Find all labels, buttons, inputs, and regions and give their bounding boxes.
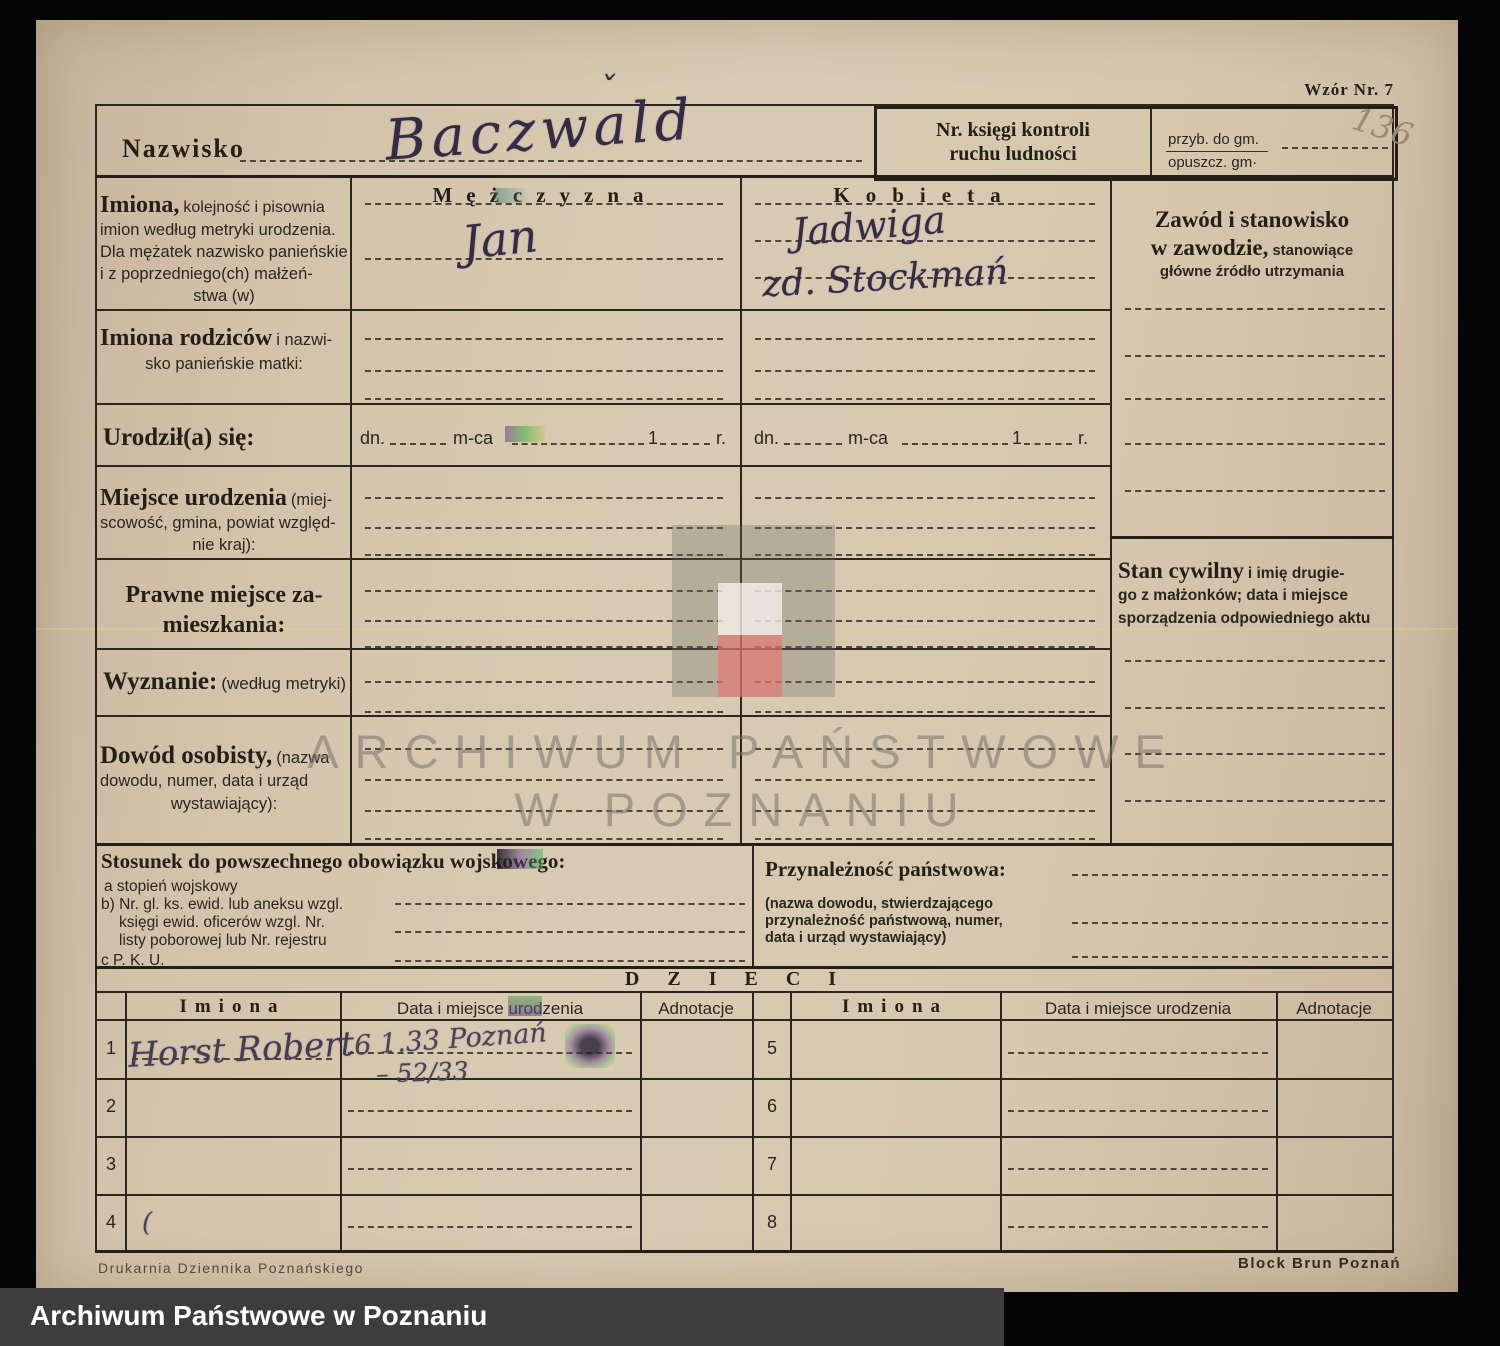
children-table-bottom <box>95 1250 1394 1253</box>
children-right-names-header: Imiona <box>790 996 1000 1018</box>
born-year-suffix-m: r. <box>716 428 726 449</box>
child-row-number: 2 <box>98 1096 124 1117</box>
religion-note: (według metryki) <box>221 674 346 693</box>
writing-line <box>1125 308 1385 310</box>
children-table-top <box>95 991 1394 993</box>
publisher-credit: Block Brun Poznań <box>1238 1255 1401 1272</box>
military-title: Stosunek do powszechnego obowiązku wojsk… <box>101 849 565 874</box>
children-vline <box>790 991 792 1250</box>
writing-line <box>365 838 723 840</box>
parents-names-label: Imiona rodziców <box>100 325 272 351</box>
occupation-label-block: Zawód i stanowisko w zawodzie, stanowiąc… <box>1120 205 1384 283</box>
writing-line <box>1125 443 1385 445</box>
grid-hline <box>95 558 1110 560</box>
grid-hline <box>95 715 1110 717</box>
surname-label: Nazwisko <box>122 134 245 164</box>
writing-line <box>365 681 723 683</box>
children-section-title: DZIECI <box>95 968 1394 991</box>
given-names-note3: Dla mężatek nazwisko panieńskie <box>100 241 348 263</box>
born-month-label-m: m-ca <box>453 428 493 449</box>
archive-name-caption: Archiwum Państwowe w Poznaniu <box>30 1300 487 1332</box>
children-vline <box>125 991 127 1250</box>
residence-label-block: Prawne miejsce za- mieszkania: <box>100 580 348 640</box>
writing-line <box>755 711 1095 713</box>
writing-line <box>365 554 723 556</box>
child-row-number: 6 <box>758 1096 786 1117</box>
child-row-number: 7 <box>758 1154 786 1175</box>
writing-line <box>365 258 723 260</box>
military-item-b1: b) Nr. gl. ks. ewid. lub aneksu wzgl. <box>101 896 343 914</box>
section-vline <box>752 845 754 966</box>
writing-line <box>784 443 842 445</box>
child-row-number: 4 <box>98 1212 124 1233</box>
writing-line <box>1125 398 1385 400</box>
children-right-birth-header: Data i miejsce urodzenia <box>1000 999 1276 1019</box>
born-year-prefix-f: 1 <box>1012 428 1022 449</box>
writing-line <box>395 931 745 933</box>
register-title-line2: ruchu ludności <box>882 142 1144 166</box>
writing-line <box>902 443 1008 445</box>
writing-line <box>365 398 723 400</box>
given-names-note4: i z poprzedniego(ch) małżeń- <box>100 263 348 285</box>
left-commune-label: opuszcz. gm· <box>1168 154 1257 171</box>
writing-line <box>755 838 1095 840</box>
writing-line <box>365 527 723 529</box>
arrived-underline <box>1166 151 1268 152</box>
occupation-note1: stanowiące <box>1272 242 1353 259</box>
military-item-a: a stopień wojskowy <box>104 878 238 896</box>
arrived-writing-line <box>1282 147 1388 149</box>
parents-names-note1: i nazwi- <box>276 331 332 349</box>
writing-line <box>755 370 1095 372</box>
writing-line <box>755 497 1095 499</box>
birthplace-label: Miejsce urodzenia <box>100 485 287 511</box>
writing-line <box>390 443 446 445</box>
residence-label1: Prawne miejsce za- <box>100 580 348 610</box>
writing-line <box>1008 1110 1268 1112</box>
writing-line <box>365 590 723 592</box>
writing-line <box>660 443 710 445</box>
children-left-notes-header: Adnotacje <box>640 999 752 1019</box>
marital-status-note1: i imię drugie- <box>1248 565 1344 582</box>
male-name-handwritten: Jan <box>459 208 540 270</box>
writing-line <box>365 779 723 781</box>
children-row-border <box>95 1136 1394 1138</box>
children-row-border <box>95 1078 1394 1080</box>
marital-status-label: Stan cywilny <box>1118 558 1244 583</box>
writing-line <box>348 1110 632 1112</box>
right-col-divider <box>1110 536 1394 539</box>
children-left-names-header: Imiona <box>125 996 340 1018</box>
writing-line <box>1008 1052 1268 1054</box>
marital-status-label-block: Stan cywilny i imię drugie- go z małżonk… <box>1118 558 1386 630</box>
born-year-prefix-m: 1 <box>648 428 658 449</box>
occupation-label1: Zawód i stanowisko <box>1120 205 1384 235</box>
pen-flourish-mark: ˇ <box>598 70 615 110</box>
child4-pen-mark: ( <box>142 1208 152 1238</box>
children-left-birth-header: Data i miejsce urodzenia <box>340 999 640 1019</box>
writing-line <box>755 338 1095 340</box>
printer-credit: Drukarnia Dziennika Poznańskiego <box>98 1260 364 1276</box>
writing-line <box>1072 874 1388 876</box>
citizenship-note2: przynależność państwową, numer, <box>765 913 1003 929</box>
born-label: Urodził(a) się: <box>103 424 255 452</box>
register-box-divider <box>1150 108 1152 175</box>
register-title-line1: Nr. księgi kontroli <box>882 118 1144 142</box>
grid-hline <box>95 309 1110 311</box>
writing-line <box>365 497 723 499</box>
parents-names-label-block: Imiona rodziców i nazwi- sko panieńskie … <box>100 325 348 376</box>
form-number-label: Wzór Nr. 7 <box>1194 80 1394 100</box>
grid-hline <box>95 465 1110 467</box>
grid-hline <box>95 648 1110 650</box>
writing-line <box>1072 956 1388 958</box>
writing-line <box>365 370 723 372</box>
writing-line <box>1072 922 1388 924</box>
children-right-notes-header: Adnotacje <box>1276 999 1392 1019</box>
child-row-number: 1 <box>98 1038 124 1059</box>
children-vline <box>640 991 642 1250</box>
birthplace-note3: nie kraj): <box>100 534 348 556</box>
marital-status-note2: go z małżonków; data i miejsce <box>1118 584 1386 607</box>
parents-names-note2: sko panieńskie matki: <box>100 352 348 376</box>
writing-line <box>1125 660 1385 662</box>
given-names-note2: imion według metryki urodzenia. <box>100 219 348 241</box>
archive-watermark-line1: ARCHIWUM PAŃSTWOWE <box>95 724 1394 779</box>
grid-hline <box>95 403 1110 405</box>
citizenship-note3: data i urząd wystawiający) <box>765 930 946 946</box>
military-item-b3: listy poborowej lub Nr. rejestru <box>119 932 327 950</box>
child-row-number: 8 <box>758 1212 786 1233</box>
section-border <box>95 843 1394 846</box>
writing-line <box>395 903 745 905</box>
writing-line <box>365 620 723 622</box>
scanned-document-view: Wzór Nr. 7 Nazwisko Baczwald ˇ Nr. księg… <box>0 0 1500 1346</box>
writing-line <box>365 646 723 648</box>
child1-record-number-handwritten: – 52/33 <box>376 1056 469 1088</box>
writing-line <box>755 398 1095 400</box>
writing-line <box>1008 1168 1268 1170</box>
children-header-border <box>95 1019 1394 1021</box>
residence-label2: mieszkania: <box>100 610 348 640</box>
citizenship-note1: (nazwa dowodu, stwierdzającego <box>765 896 993 912</box>
writing-line <box>348 1168 632 1170</box>
marital-status-note3: sporządzenia odpowiedniego aktu <box>1118 607 1386 630</box>
born-year-suffix-f: r. <box>1078 428 1088 449</box>
given-names-note5: stwa (w) <box>100 285 348 307</box>
given-names-note1: kolejność i pisownia <box>183 199 324 216</box>
archive-logo-white-block <box>718 583 782 635</box>
child-row-number: 3 <box>98 1154 124 1175</box>
writing-line <box>365 711 723 713</box>
writing-line <box>1024 443 1072 445</box>
born-day-label-m: dn. <box>360 428 385 449</box>
religion-label: Wyznanie: <box>103 668 217 695</box>
birthplace-note1: (miej- <box>291 491 332 509</box>
writing-line <box>395 960 745 962</box>
writing-line <box>365 203 723 205</box>
archive-watermark-line2: W POZNANIU <box>95 782 1394 837</box>
birthplace-note2: scowość, gmina, powiat względ- <box>100 512 348 534</box>
child-row-number: 5 <box>758 1038 786 1059</box>
writing-line <box>348 1226 632 1228</box>
given-names-label: Imiona, <box>100 192 179 218</box>
military-item-b2: księgi ewid. oficerów wzgl. Nr. <box>119 914 325 932</box>
occupation-note2: główne źródło utrzymania <box>1120 261 1384 283</box>
writing-line <box>1125 707 1385 709</box>
writing-line <box>1008 1226 1268 1228</box>
writing-line <box>755 779 1095 781</box>
citizenship-title: Przynależność państwowa: <box>765 857 1006 882</box>
archive-logo-red-block <box>718 635 782 697</box>
writing-line <box>1125 490 1385 492</box>
children-center-divider <box>752 991 754 1250</box>
viewer-caption-bar: Archiwum Państwowe w Poznaniu <box>0 1288 1004 1346</box>
birthplace-label-block: Miejsce urodzenia (miej- scowość, gmina,… <box>100 485 348 556</box>
writing-line <box>365 338 723 340</box>
children-vline <box>1000 991 1002 1250</box>
born-month-label-f: m-ca <box>848 428 888 449</box>
children-vline <box>1276 991 1278 1250</box>
given-names-label-block: Imiona, kolejność i pisownia imion wedłu… <box>100 192 348 307</box>
writing-line <box>512 443 644 445</box>
born-day-label-f: dn. <box>754 428 779 449</box>
religion-label-block: Wyznanie: (według metryki) <box>103 668 346 696</box>
occupation-label2: w zawodzie, <box>1151 235 1269 260</box>
writing-line <box>1125 355 1385 357</box>
arrived-label: przyb. do gm. <box>1168 131 1259 148</box>
children-row-border <box>95 1194 1394 1196</box>
